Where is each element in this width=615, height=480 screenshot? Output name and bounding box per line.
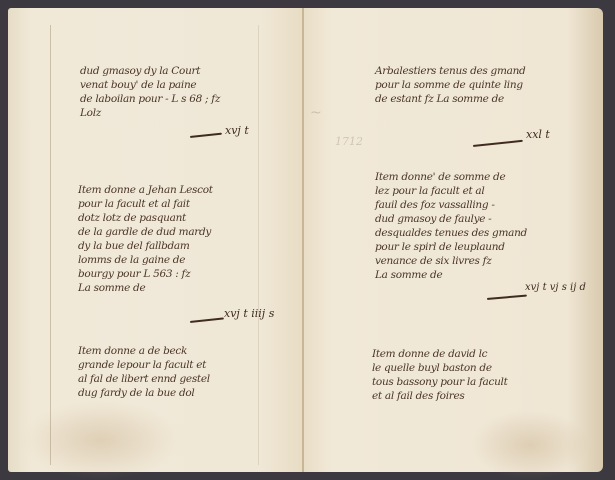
entry-line: Lolz: [80, 106, 220, 120]
left-margin-rule: [50, 25, 51, 465]
left-right-margin-rule: [258, 25, 259, 465]
entry-line: desqualdes tenues des gmand: [375, 226, 527, 240]
ledger-entry: Item donne a de beck grande lepour la fa…: [78, 344, 210, 400]
entry-line: dud gmasoy de faulye -: [375, 212, 527, 226]
water-stain: [20, 400, 180, 480]
ledger-entry: Arbalestiers tenus des gmand pour la som…: [375, 64, 525, 106]
ledger-entry: Item donne de david lc le quelle buyl ba…: [372, 347, 508, 403]
entry-line: dotz lotz de pasquant: [78, 211, 213, 225]
bleed-through-text: ~: [310, 105, 322, 121]
entry-line: dy la bue del fallbdam: [78, 239, 213, 253]
entry-amount: xvj t vj s ij d: [525, 282, 586, 293]
entry-line: grande lepour la facult et: [78, 358, 210, 372]
entry-line: venance de six livres fz: [375, 254, 527, 268]
entry-line: Item donne de david lc: [372, 347, 508, 361]
entry-line: de estant fz La somme de: [375, 92, 525, 106]
entry-line: La somme de: [375, 268, 527, 282]
entry-line: venat bouy' de la paine: [80, 78, 220, 92]
ledger-entry: Item donne a Jehan Lescot pour la facult…: [78, 183, 213, 295]
entry-line: le quelle buyl baston de: [372, 361, 508, 375]
entry-amount: xxl t: [526, 128, 550, 141]
entry-line: de la gardle de dud mardy: [78, 225, 213, 239]
entry-line: Arbalestiers tenus des gmand: [375, 64, 525, 78]
ledger-entry: Item donne' de somme de lez pour la facu…: [375, 170, 527, 282]
entry-line: dug fardy de la bue dol: [78, 386, 210, 400]
entry-line: Item donne' de somme de: [375, 170, 527, 184]
entry-line: pour le spirl de leuplaund: [375, 240, 527, 254]
entry-line: Item donne a de beck: [78, 344, 210, 358]
entry-line: fauil des foz vassalling -: [375, 198, 527, 212]
entry-line: lomms de la gaine de: [78, 253, 213, 267]
entry-line: La somme de: [78, 281, 213, 295]
entry-line: pour la facult et al fait: [78, 197, 213, 211]
entry-line: dud gmasoy dy la Court: [80, 64, 220, 78]
entry-line: pour la somme de quinte ling: [375, 78, 525, 92]
bleed-through-text: 1712: [335, 135, 363, 148]
water-stain: [470, 410, 590, 480]
entry-line: Item donne a Jehan Lescot: [78, 183, 213, 197]
entry-line: tous bassony pour la facult: [372, 375, 508, 389]
entry-amount: xvj t iiij s: [224, 307, 274, 320]
entry-amount: xvj t: [225, 124, 249, 137]
entry-line: et al fail des foires: [372, 389, 508, 403]
entry-line: lez pour la facult et al: [375, 184, 527, 198]
book-gutter: [302, 8, 304, 472]
entry-line: bourgy pour L 563 : fz: [78, 267, 213, 281]
entry-line: de laboilan pour - L s 68 ; fz: [80, 92, 220, 106]
ledger-entry: dud gmasoy dy la Court venat bouy' de la…: [80, 64, 220, 120]
entry-line: al fal de libert ennd gestel: [78, 372, 210, 386]
